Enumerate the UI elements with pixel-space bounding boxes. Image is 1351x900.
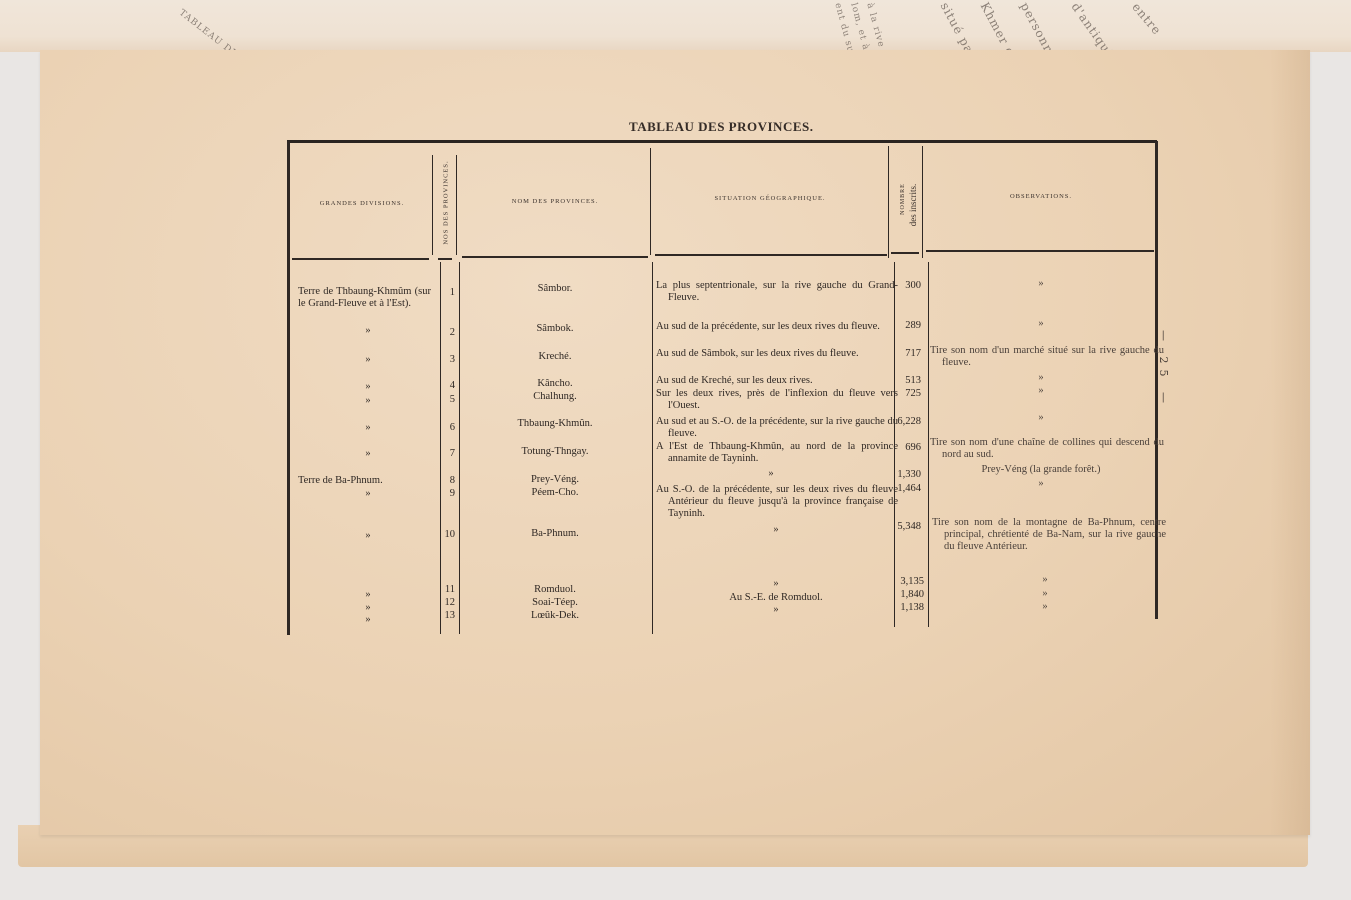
division-cell: » bbox=[298, 614, 438, 626]
province-number: 11 bbox=[440, 584, 455, 596]
header-numero-provinces: NOS DES PROVINCES. bbox=[443, 143, 450, 263]
count-cell: 5,348 bbox=[892, 521, 921, 533]
province-number: 8 bbox=[440, 475, 455, 487]
page-title: TABLEAU DES PROVINCES. bbox=[629, 119, 814, 135]
situation-cell: Au sud de la précédente, sur les deux ri… bbox=[656, 321, 898, 333]
observation-cell: » bbox=[930, 601, 1160, 613]
header-grandes-divisions: GRANDES DIVISIONS. bbox=[292, 200, 432, 207]
observation-cell: Prey-Véng (la grande forêt.) bbox=[928, 464, 1154, 476]
col-divider bbox=[928, 262, 929, 627]
count-cell: 6,228 bbox=[892, 416, 921, 428]
province-number: 3 bbox=[440, 354, 455, 366]
header-situation: SITUATION GÉOGRAPHIQUE. bbox=[652, 195, 888, 202]
table-top-rule bbox=[287, 140, 1157, 143]
curled-fragment: entre bbox=[1129, 0, 1164, 38]
count-cell: 1,840 bbox=[892, 589, 924, 601]
province-name: Péem-Cho. bbox=[460, 487, 650, 499]
province-name: Kâncho. bbox=[460, 378, 650, 390]
situation-cell: » bbox=[656, 524, 896, 536]
header-rule bbox=[891, 252, 919, 254]
division-cell: » bbox=[298, 422, 438, 434]
page-shade bbox=[1270, 50, 1310, 835]
col-divider bbox=[922, 146, 923, 258]
situation-cell: Au S.-E. de Romduol. bbox=[656, 592, 896, 604]
header-nom-provinces: NOM DES PROVINCES. bbox=[460, 198, 650, 205]
province-name: Kreché. bbox=[460, 351, 650, 363]
province-name: Soai-Téep. bbox=[460, 597, 650, 609]
province-name: Lœûk-Dek. bbox=[460, 610, 650, 622]
situation-cell: » bbox=[656, 578, 896, 590]
division-cell: » bbox=[298, 602, 438, 614]
division-cell: » bbox=[298, 589, 438, 601]
province-number: 7 bbox=[440, 448, 455, 460]
division-cell: » bbox=[298, 354, 438, 366]
header-observations: OBSERVATIONS. bbox=[925, 193, 1157, 200]
observation-cell: » bbox=[928, 478, 1154, 490]
province-number: 5 bbox=[440, 394, 455, 406]
observation-cell: » bbox=[928, 278, 1154, 290]
header-rule bbox=[462, 256, 648, 258]
header-inscrits: des inscrits. bbox=[908, 165, 918, 245]
observation-cell: Tire son nom de la montagne de Ba-Phnum,… bbox=[932, 517, 1166, 553]
situation-cell: La plus septentrionale, sur la rive gauc… bbox=[656, 280, 898, 304]
count-cell: 3,135 bbox=[892, 576, 924, 588]
header-rule bbox=[655, 254, 887, 256]
province-number: 2 bbox=[440, 327, 455, 339]
observation-cell: » bbox=[930, 588, 1160, 600]
col-divider bbox=[888, 146, 889, 258]
province-name: Totung-Thngay. bbox=[460, 446, 650, 458]
curled-fragment: d'antiquité bbox=[1069, 0, 1124, 52]
header-rule bbox=[926, 250, 1154, 252]
observation-cell: » bbox=[928, 412, 1154, 424]
count-cell: 300 bbox=[892, 280, 921, 292]
header-nombre: NOMBRE bbox=[900, 159, 906, 239]
count-cell: 289 bbox=[892, 320, 921, 332]
province-name: Sâmbok. bbox=[460, 323, 650, 335]
province-name: Sâmbor. bbox=[460, 283, 650, 295]
curled-header-text: TABLEAU DES bbox=[177, 8, 245, 52]
province-number: 1 bbox=[440, 287, 455, 299]
province-name: Prey-Véng. bbox=[460, 474, 650, 486]
situation-cell: Sur les deux rives, près de l'inflexion … bbox=[656, 388, 898, 412]
count-cell: 1,330 bbox=[892, 469, 921, 481]
province-number: 12 bbox=[440, 597, 455, 609]
observation-cell: » bbox=[928, 372, 1154, 384]
curled-fragment: situé par bbox=[938, 0, 980, 52]
province-name: Chalhung. bbox=[460, 391, 650, 403]
situation-cell: » bbox=[656, 604, 896, 616]
observation-cell: » bbox=[928, 385, 1154, 397]
province-number: 4 bbox=[440, 380, 455, 392]
previous-page-curl: TABLEAU DES ent du sud, à la lom, et à l… bbox=[0, 0, 1351, 52]
situation-cell: Au sud et au S.-O. de la précédente, sur… bbox=[656, 416, 898, 440]
division-cell: » bbox=[298, 488, 438, 500]
division-cell: Terre de Thbaung-Khmûm (sur le Grand-Fle… bbox=[298, 286, 431, 310]
province-number: 10 bbox=[440, 529, 455, 541]
col-divider bbox=[432, 155, 433, 255]
observation-cell: » bbox=[928, 318, 1154, 330]
count-cell: 513 bbox=[892, 375, 921, 387]
province-name: Thbaung-Khmûn. bbox=[460, 418, 650, 430]
situation-cell: A l'Est de Thbaung-Khmûn, au nord de la … bbox=[656, 441, 898, 465]
observation-cell: Tire son nom d'une chaîne de collines qu… bbox=[930, 437, 1164, 461]
situation-cell: Au sud de Kreché, sur les deux rives. bbox=[656, 375, 898, 387]
col-divider bbox=[456, 155, 457, 255]
header-rule bbox=[292, 258, 429, 260]
division-cell: » bbox=[298, 381, 438, 393]
province-number: 9 bbox=[440, 488, 455, 500]
division-cell: Terre de Ba-Phnum. bbox=[298, 475, 438, 487]
situation-cell: Au S.-O. de la précédente, sur les deux … bbox=[656, 484, 898, 520]
province-number: 13 bbox=[440, 610, 455, 622]
division-cell: » bbox=[298, 395, 438, 407]
situation-cell: Au sud de Sâmbok, sur les deux rives du … bbox=[656, 348, 898, 360]
count-cell: 725 bbox=[892, 388, 921, 400]
division-cell: » bbox=[298, 325, 438, 337]
province-name: Ba-Phnum. bbox=[460, 528, 650, 540]
situation-cell: » bbox=[656, 468, 886, 480]
province-number: 6 bbox=[440, 422, 455, 434]
count-cell: 1,138 bbox=[892, 602, 924, 614]
observation-cell: » bbox=[930, 574, 1160, 586]
curled-fragment: personnes bbox=[1018, 0, 1064, 52]
division-cell: » bbox=[298, 530, 438, 542]
page-number: — 25 — bbox=[1157, 330, 1170, 409]
col-divider bbox=[650, 148, 651, 255]
count-cell: 696 bbox=[892, 442, 921, 454]
count-cell: 1,464 bbox=[892, 483, 921, 495]
observation-cell: Tire son nom d'un marché situé sur la ri… bbox=[930, 345, 1164, 369]
col-divider bbox=[652, 262, 653, 634]
table-left-rule bbox=[287, 141, 290, 635]
division-cell: » bbox=[298, 448, 438, 460]
province-name: Romduol. bbox=[460, 584, 650, 596]
count-cell: 717 bbox=[892, 348, 921, 360]
